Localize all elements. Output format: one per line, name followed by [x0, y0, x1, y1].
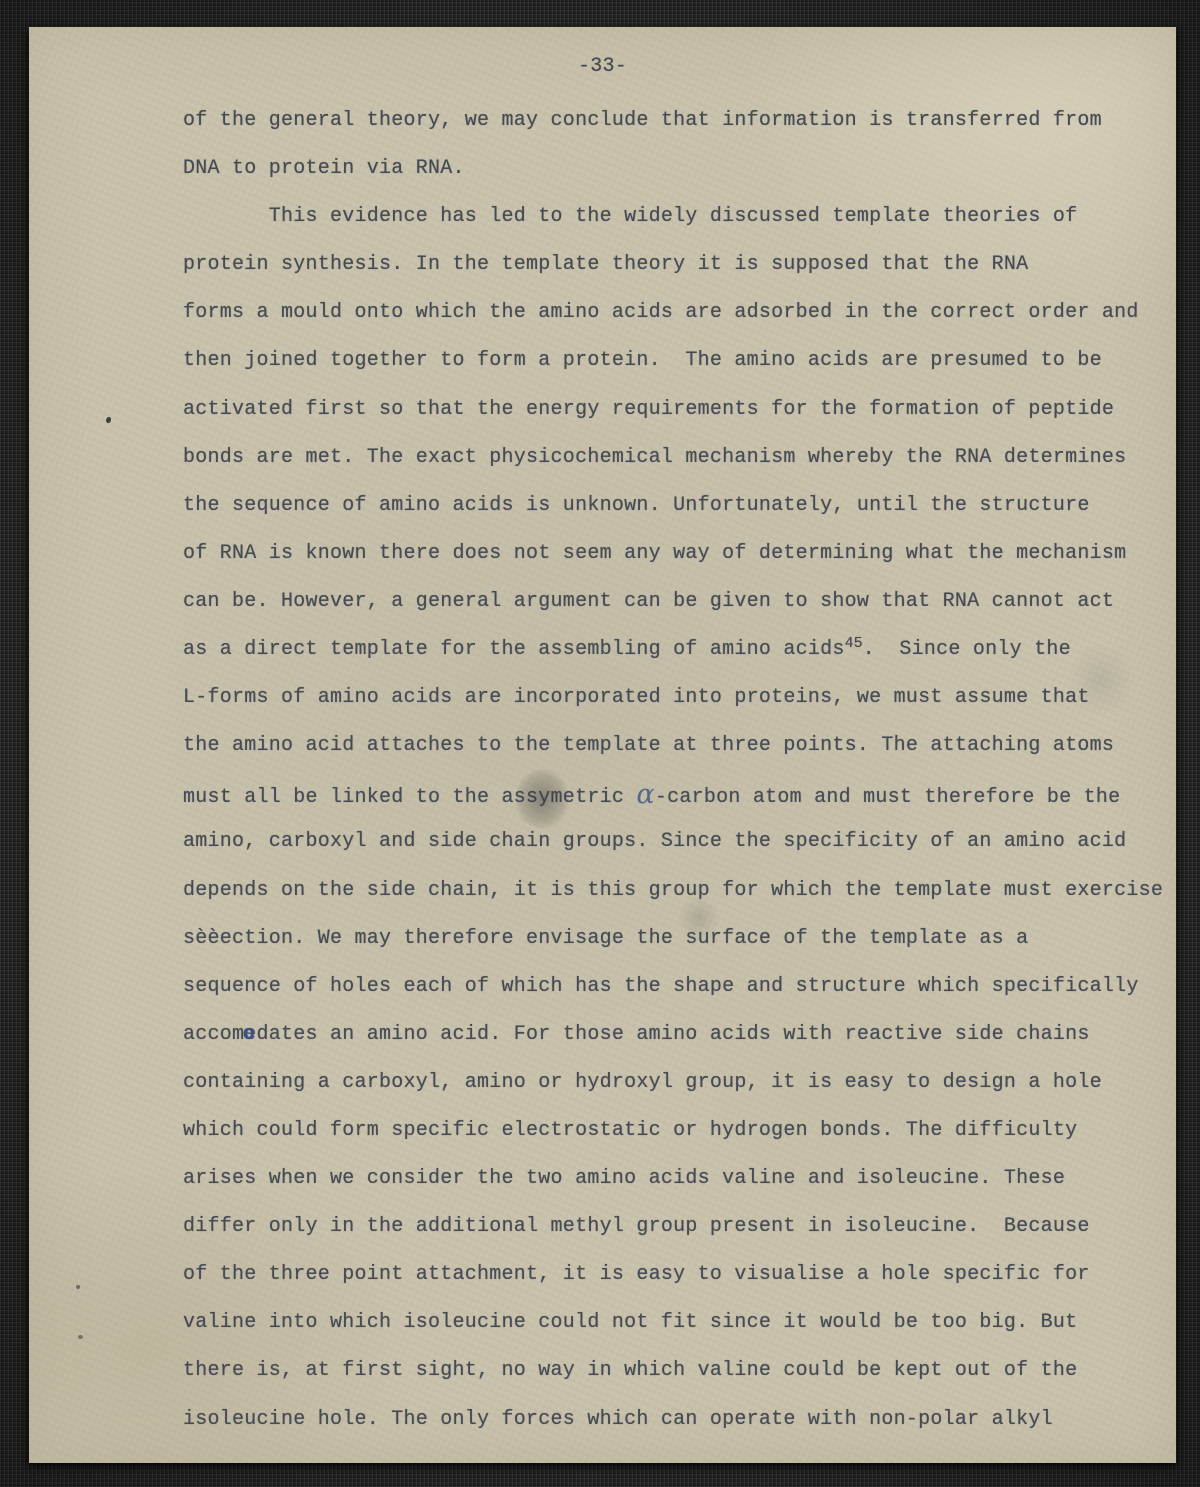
line-text: protein synthesis. In the template theor… [183, 253, 1028, 276]
typescript-line: of the general theory, we may conclude t… [183, 97, 1163, 145]
typescript-line-with-handwritten-alpha: must all be linked to the assymetric α-c… [183, 770, 1163, 818]
typescript-line: valine into which isoleucine could not f… [183, 1299, 1163, 1347]
typescript-line: activated first so that the energy requi… [183, 386, 1163, 434]
typescript-line-with-ink-correction: accomeodates an amino acid. For those am… [183, 1011, 1163, 1059]
page-number: -33- [29, 55, 1176, 78]
line-text: activated first so that the energy requi… [183, 398, 1114, 421]
line-text: arises when we consider the two amino ac… [183, 1167, 1065, 1190]
typescript-line: DNA to protein via RNA. [183, 145, 1163, 193]
typescript-line: amino, carboxyl and side chain groups. S… [183, 818, 1163, 866]
typescript-line: which could form specific electrostatic … [183, 1107, 1163, 1155]
typescript-line: L-forms of amino acids are incorporated … [183, 674, 1163, 722]
typescript-page: -33- of the general theory, we may concl… [29, 27, 1176, 1463]
typescript-line: sèèection. We may therefore envisage the… [183, 915, 1163, 963]
line-text: which could form specific electrostatic … [183, 1119, 1077, 1142]
line-text: must all be linked to the assymetric [183, 786, 636, 809]
typescript-line: of the three point attachment, it is eas… [183, 1251, 1163, 1299]
typescript-line: there is, at first sight, no way in whic… [183, 1347, 1163, 1395]
footnote-reference: 45 [845, 635, 863, 652]
typescript-line: can be. However, a general argument can … [183, 578, 1163, 626]
line-text: the amino acid attaches to the template … [183, 734, 1114, 757]
line-text: dates an amino acid. For those amino aci… [257, 1023, 1090, 1046]
scanner-cloth-background: -33- of the general theory, we may concl… [0, 0, 1200, 1487]
line-text: accom [183, 1023, 244, 1046]
line-text: differ only in the additional methyl gro… [183, 1215, 1090, 1238]
line-text: -carbon atom and must therefore be the [655, 786, 1121, 809]
line-text: valine into which isoleucine could not f… [183, 1311, 1077, 1334]
typescript-line: containing a carboxyl, amino or hydroxyl… [183, 1059, 1163, 1107]
line-text: . Since only the [863, 638, 1071, 661]
line-text: sèèection. We may therefore envisage the… [183, 927, 1028, 950]
line-text: of the general theory, we may conclude t… [183, 109, 1102, 132]
typescript-line-with-footnote: as a direct template for the assembling … [183, 626, 1163, 674]
typescript-line: the amino acid attaches to the template … [183, 722, 1163, 770]
paper-speck [76, 1285, 80, 1289]
line-text: L-forms of amino acids are incorporated … [183, 686, 1090, 709]
typescript-line: then joined together to form a protein. … [183, 337, 1163, 385]
typescript-line: bonds are met. The exact physicochemical… [183, 434, 1163, 482]
typescript-line: sequence of holes each of which has the … [183, 963, 1163, 1011]
line-text: the sequence of amino acids is unknown. … [183, 494, 1090, 517]
typescript-line: isoleucine hole. The only forces which c… [183, 1396, 1163, 1444]
paper-speck [106, 417, 111, 423]
line-text: isoleucine hole. The only forces which c… [183, 1408, 1053, 1431]
document-body: of the general theory, we may conclude t… [183, 97, 1163, 1444]
line-text: forms a mould onto which the amino acids… [183, 301, 1139, 324]
line-text: as a direct template for the assembling … [183, 638, 845, 661]
handwritten-alpha-symbol: α [636, 779, 654, 810]
line-text: then joined together to form a protein. … [183, 349, 1102, 372]
line-text: sequence of holes each of which has the … [183, 975, 1139, 998]
line-text: containing a carboxyl, amino or hydroxyl… [183, 1071, 1102, 1094]
line-text: DNA to protein via RNA. [183, 157, 465, 180]
line-text: bonds are met. The exact physicochemical… [183, 446, 1126, 469]
paper-speck [78, 1335, 83, 1339]
line-text: This evidence has led to the widely disc… [183, 205, 1077, 228]
line-text: can be. However, a general argument can … [183, 590, 1114, 613]
line-text: depends on the side chain, it is this gr… [183, 879, 1163, 902]
handwritten-correction-letter: o [243, 1011, 255, 1059]
line-text: amino, carboxyl and side chain groups. S… [183, 830, 1126, 853]
typescript-line: the sequence of amino acids is unknown. … [183, 482, 1163, 530]
typescript-line: This evidence has led to the widely disc… [183, 193, 1163, 241]
typescript-line: of RNA is known there does not seem any … [183, 530, 1163, 578]
typescript-line: protein synthesis. In the template theor… [183, 241, 1163, 289]
typescript-line: arises when we consider the two amino ac… [183, 1155, 1163, 1203]
typescript-line: differ only in the additional methyl gro… [183, 1203, 1163, 1251]
overstruck-letter: eo [244, 1011, 256, 1059]
line-text: there is, at first sight, no way in whic… [183, 1359, 1077, 1382]
typescript-line: forms a mould onto which the amino acids… [183, 289, 1163, 337]
typescript-line: depends on the side chain, it is this gr… [183, 867, 1163, 915]
line-text: of the three point attachment, it is eas… [183, 1263, 1090, 1286]
line-text: of RNA is known there does not seem any … [183, 542, 1126, 565]
